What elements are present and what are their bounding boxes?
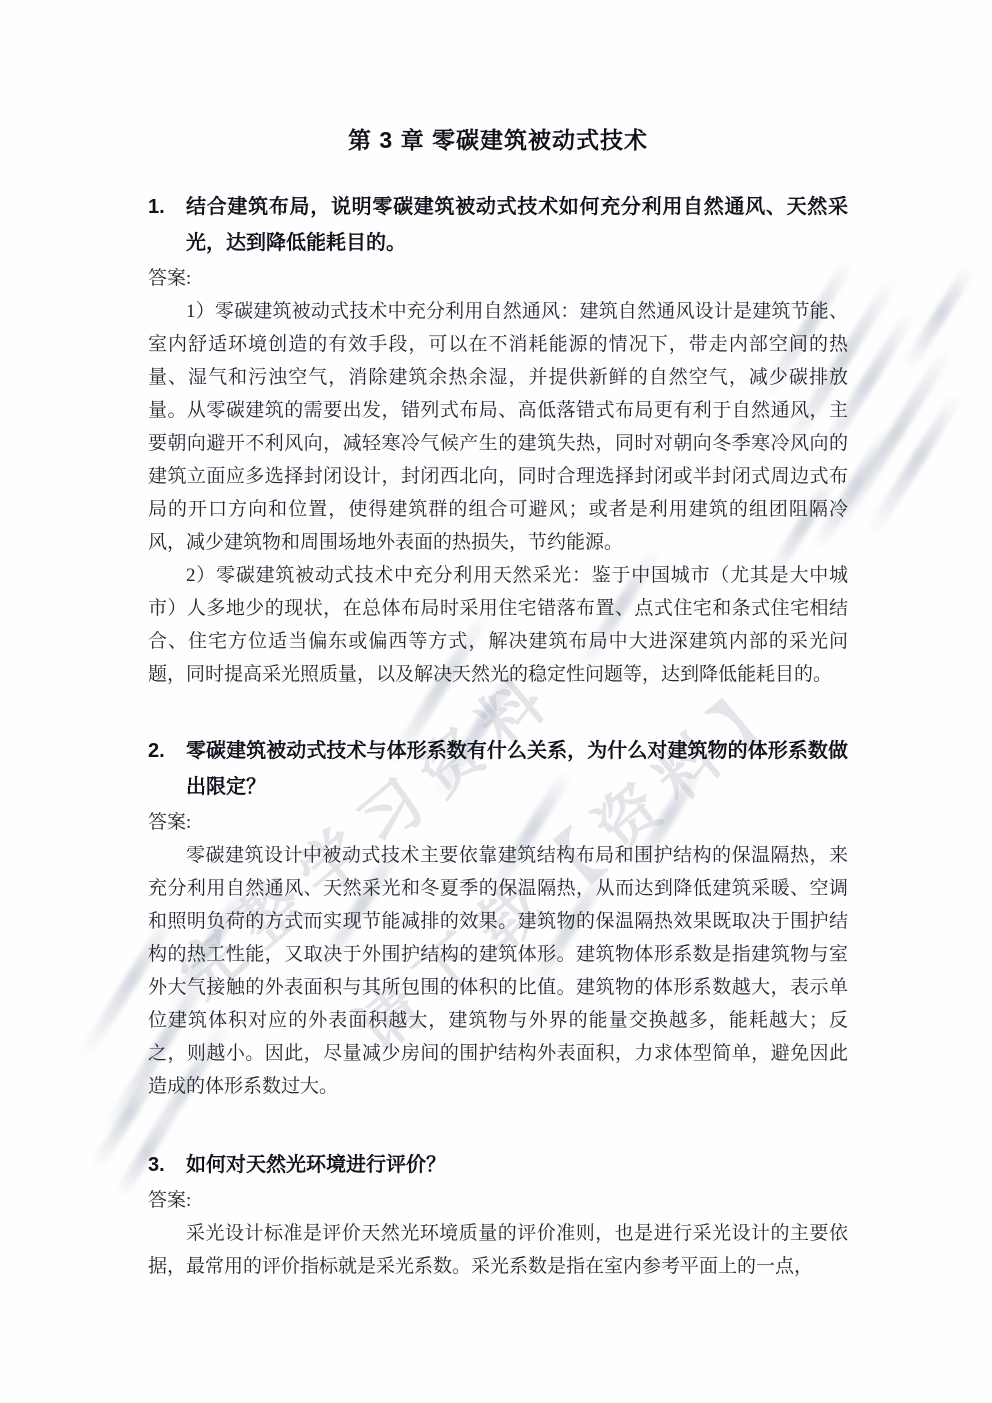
question-2-text: 零碳建筑被动式技术与体形系数有什么关系，为什么对建筑物的体形系数做出限定？ [186, 733, 848, 805]
qa-item-3: 3. 如何对天然光环境进行评价？ 答案: 采光设计标准是评价天然光环境质量的评价… [148, 1147, 848, 1283]
answer-label-3: 答案: [148, 1184, 848, 1217]
answer-label-1: 答案: [148, 262, 848, 295]
question-3: 3. 如何对天然光环境进行评价？ [148, 1147, 848, 1183]
qa-item-1: 1. 结合建筑布局，说明零碳建筑被动式技术如何充分利用自然通风、天然采光，达到降… [148, 189, 848, 691]
question-2-number: 2. [148, 733, 186, 805]
qa-item-2: 2. 零碳建筑被动式技术与体形系数有什么关系，为什么对建筑物的体形系数做出限定？… [148, 733, 848, 1103]
chapter-title: 第 3 章 零碳建筑被动式技术 [148, 0, 848, 156]
answer-2-paragraph-1: 零碳建筑设计中被动式技术主要依靠建筑结构布局和围护结构的保温隔热，来充分利用自然… [148, 839, 848, 1103]
answer-3-paragraph-1: 采光设计标准是评价天然光环境质量的评价准则，也是进行采光设计的主要依据，最常用的… [148, 1217, 848, 1283]
question-1: 1. 结合建筑布局，说明零碳建筑被动式技术如何充分利用自然通风、天然采光，达到降… [148, 189, 848, 261]
question-1-text: 结合建筑布局，说明零碳建筑被动式技术如何充分利用自然通风、天然采光，达到降低能耗… [186, 189, 848, 261]
answer-1-paragraph-1: 1）零碳建筑被动式技术中充分利用自然通风：建筑自然通风设计是建筑节能、室内舒适环… [148, 295, 848, 559]
answer-1-paragraph-2: 2）零碳建筑被动式技术中充分利用天然采光：鉴于中国城市（尤其是大中城市）人多地少… [148, 559, 848, 691]
question-2: 2. 零碳建筑被动式技术与体形系数有什么关系，为什么对建筑物的体形系数做出限定？ [148, 733, 848, 805]
question-3-number: 3. [148, 1147, 186, 1183]
question-3-text: 如何对天然光环境进行评价？ [186, 1147, 848, 1183]
document-page: 完整学习资料 请下载【资料】 第 3 章 零碳建筑被动式技术 1. 结合建筑布局… [0, 0, 992, 1403]
answer-label-2: 答案: [148, 806, 848, 839]
document-content: 第 3 章 零碳建筑被动式技术 1. 结合建筑布局，说明零碳建筑被动式技术如何充… [0, 0, 992, 1283]
question-1-number: 1. [148, 189, 186, 261]
